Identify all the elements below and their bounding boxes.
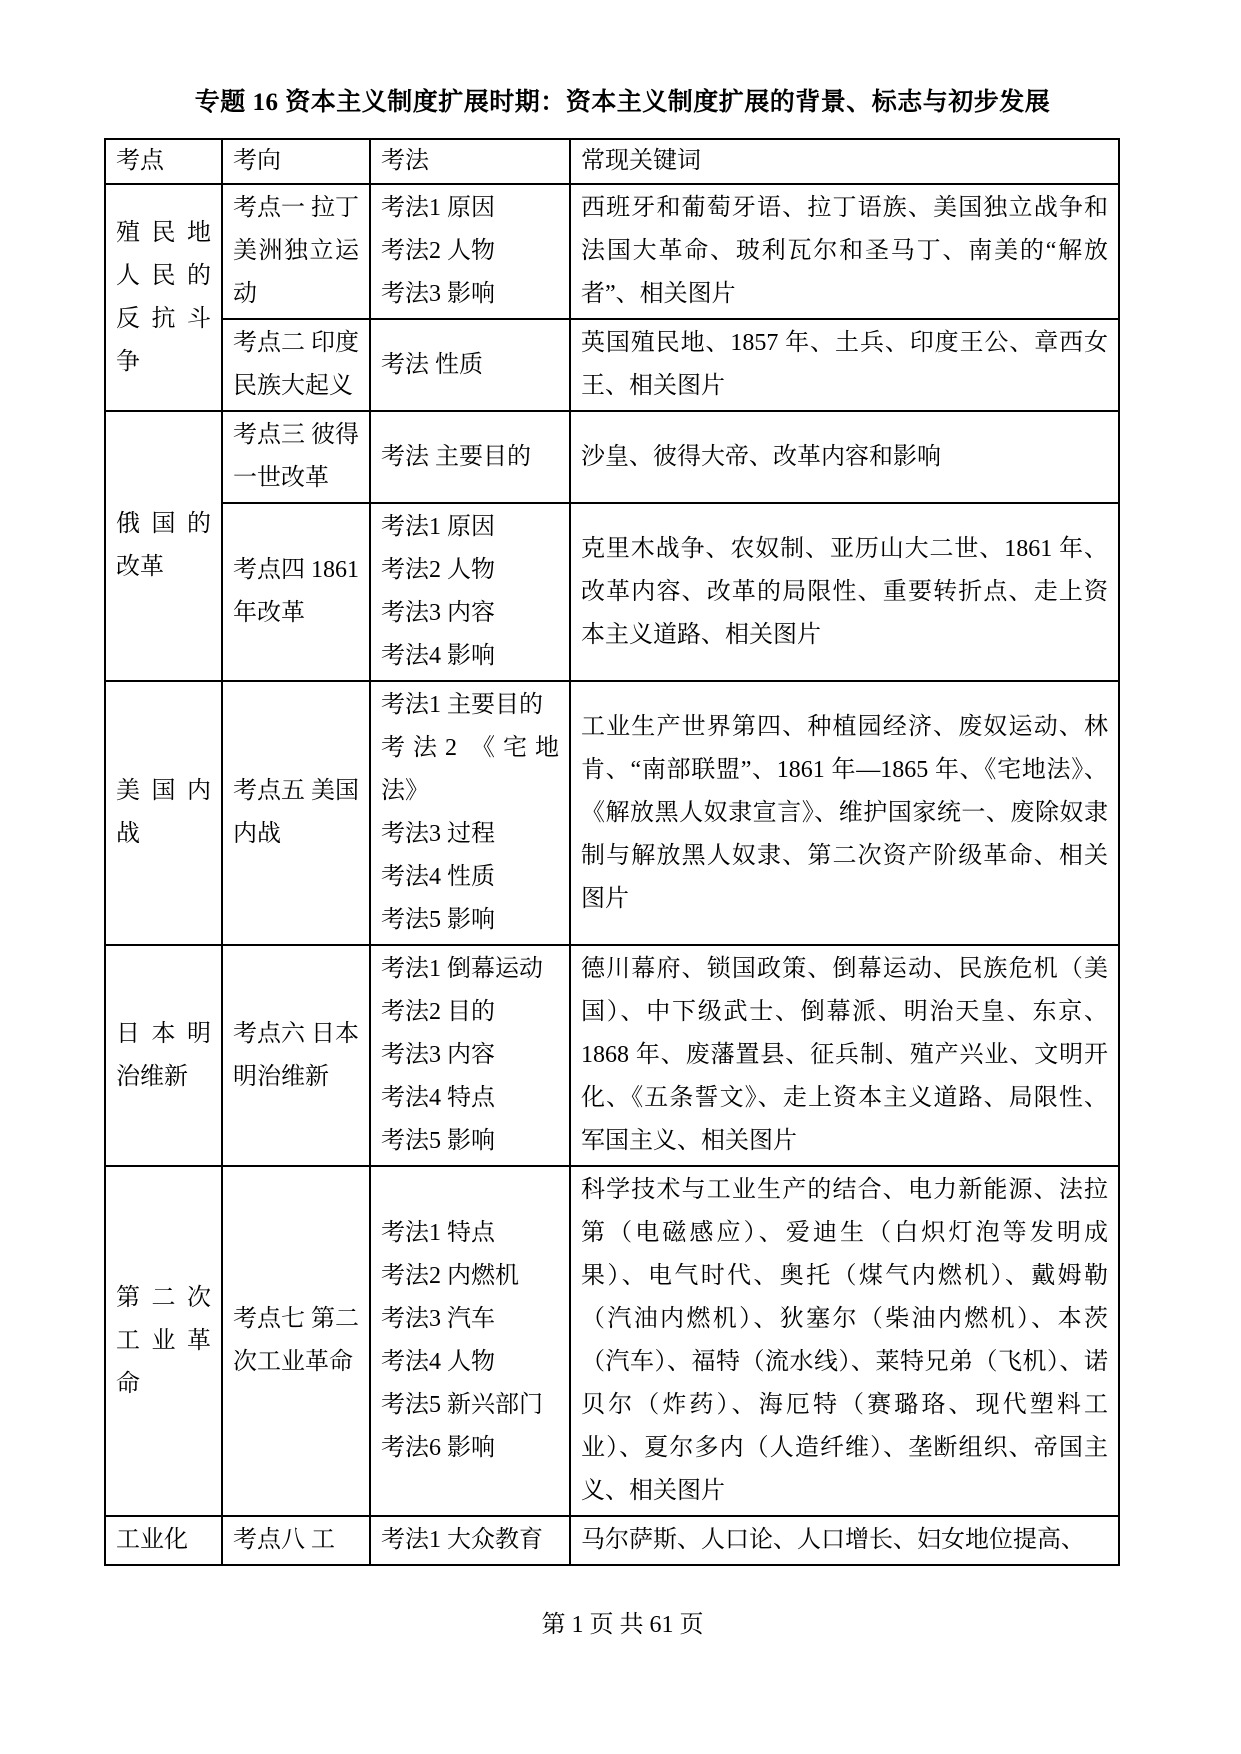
keywords-cell: 沙皇、彼得大帝、改革内容和影响: [570, 411, 1119, 503]
exam-direction-cell: 考点一 拉丁美洲独立运动: [222, 184, 370, 319]
table-row: 考点四 1861 年改革 考法1 原因 考法2 人物 考法3 内容 考法4 影响…: [105, 503, 1119, 681]
table-row: 工业化 考点八 工 考法1 大众教育 马尔萨斯、人口论、人口增长、妇女地位提高、: [105, 1516, 1119, 1565]
table-row: 第二次工业革命 考点七 第二次工业革命 考法1 特点 考法2 内燃机 考法3 汽…: [105, 1166, 1119, 1516]
exam-direction-cell: 考点三 彼得一世改革: [222, 411, 370, 503]
exam-direction-cell: 考点七 第二次工业革命: [222, 1166, 370, 1516]
keywords-cell: 工业生产世界第四、种植园经济、废奴运动、林肯、“南部联盟”、1861 年—186…: [570, 681, 1119, 945]
header-keywords: 常现关键词: [570, 139, 1119, 184]
exam-direction-cell: 考点四 1861 年改革: [222, 503, 370, 681]
exam-direction-cell: 考点八 工: [222, 1516, 370, 1565]
keywords-cell: 英国殖民地、1857 年、土兵、印度王公、章西女王、相关图片: [570, 319, 1119, 411]
header-row: 考点 考向 考法 常现关键词: [105, 139, 1119, 184]
keywords-cell: 西班牙和葡萄牙语、拉丁语族、美国独立战争和法国大革命、玻利瓦尔和圣马丁、南美的“…: [570, 184, 1119, 319]
topics-table: 考点 考向 考法 常现关键词 殖民地人民的反抗斗争 考点一 拉丁美洲独立运动 考…: [104, 138, 1120, 1566]
header-exam-point: 考点: [105, 139, 222, 184]
exam-method-cell: 考法1 倒幕运动 考法2 目的 考法3 内容 考法4 特点 考法5 影响: [370, 945, 570, 1166]
exam-method-cell: 考法1 原因 考法2 人物 考法3 影响: [370, 184, 570, 319]
header-exam-direction: 考向: [222, 139, 370, 184]
exam-method-cell: 考法 主要目的: [370, 411, 570, 503]
table-row: 考点二 印度民族大起义 考法 性质 英国殖民地、1857 年、土兵、印度王公、章…: [105, 319, 1119, 411]
exam-point-cell: 日本明治维新: [105, 945, 222, 1166]
document-page: 专题 16 资本主义制度扩展时期：资本主义制度扩展的背景、标志与初步发展 考点 …: [0, 0, 1241, 1754]
table-row: 殖民地人民的反抗斗争 考点一 拉丁美洲独立运动 考法1 原因 考法2 人物 考法…: [105, 184, 1119, 319]
exam-method-cell: 考法1 原因 考法2 人物 考法3 内容 考法4 影响: [370, 503, 570, 681]
exam-point-cell: 工业化: [105, 1516, 222, 1565]
table-row: 美国内战 考点五 美国内战 考法1 主要目的 考法2 《宅地法》 考法3 过程 …: [105, 681, 1119, 945]
table-row: 日本明治维新 考点六 日本明治维新 考法1 倒幕运动 考法2 目的 考法3 内容…: [105, 945, 1119, 1166]
keywords-cell: 科学技术与工业生产的结合、电力新能源、法拉第（电磁感应）、爱迪生（白炽灯泡等发明…: [570, 1166, 1119, 1516]
page-title: 专题 16 资本主义制度扩展时期：资本主义制度扩展的背景、标志与初步发展: [104, 86, 1141, 120]
exam-point-cell: 美国内战: [105, 681, 222, 945]
exam-direction-cell: 考点六 日本明治维新: [222, 945, 370, 1166]
exam-direction-cell: 考点五 美国内战: [222, 681, 370, 945]
exam-point-cell: 俄国的改革: [105, 411, 222, 681]
table-row: 俄国的改革 考点三 彼得一世改革 考法 主要目的 沙皇、彼得大帝、改革内容和影响: [105, 411, 1119, 503]
exam-method-cell: 考法1 主要目的 考法2 《宅地法》 考法3 过程 考法4 性质 考法5 影响: [370, 681, 570, 945]
keywords-cell: 马尔萨斯、人口论、人口增长、妇女地位提高、: [570, 1516, 1119, 1565]
header-exam-method: 考法: [370, 139, 570, 184]
keywords-cell: 德川幕府、锁国政策、倒幕运动、民族危机（美国）、中下级武士、倒幕派、明治天皇、东…: [570, 945, 1119, 1166]
exam-method-cell: 考法1 大众教育: [370, 1516, 570, 1565]
exam-direction-cell: 考点二 印度民族大起义: [222, 319, 370, 411]
keywords-cell: 克里木战争、农奴制、亚历山大二世、1861 年、改革内容、改革的局限性、重要转折…: [570, 503, 1119, 681]
page-number: 第 1 页 共 61 页: [104, 1610, 1141, 1640]
exam-method-cell: 考法 性质: [370, 319, 570, 411]
exam-method-cell: 考法1 特点 考法2 内燃机 考法3 汽车 考法4 人物 考法5 新兴部门 考法…: [370, 1166, 570, 1516]
exam-point-cell: 殖民地人民的反抗斗争: [105, 184, 222, 411]
exam-point-cell: 第二次工业革命: [105, 1166, 222, 1516]
